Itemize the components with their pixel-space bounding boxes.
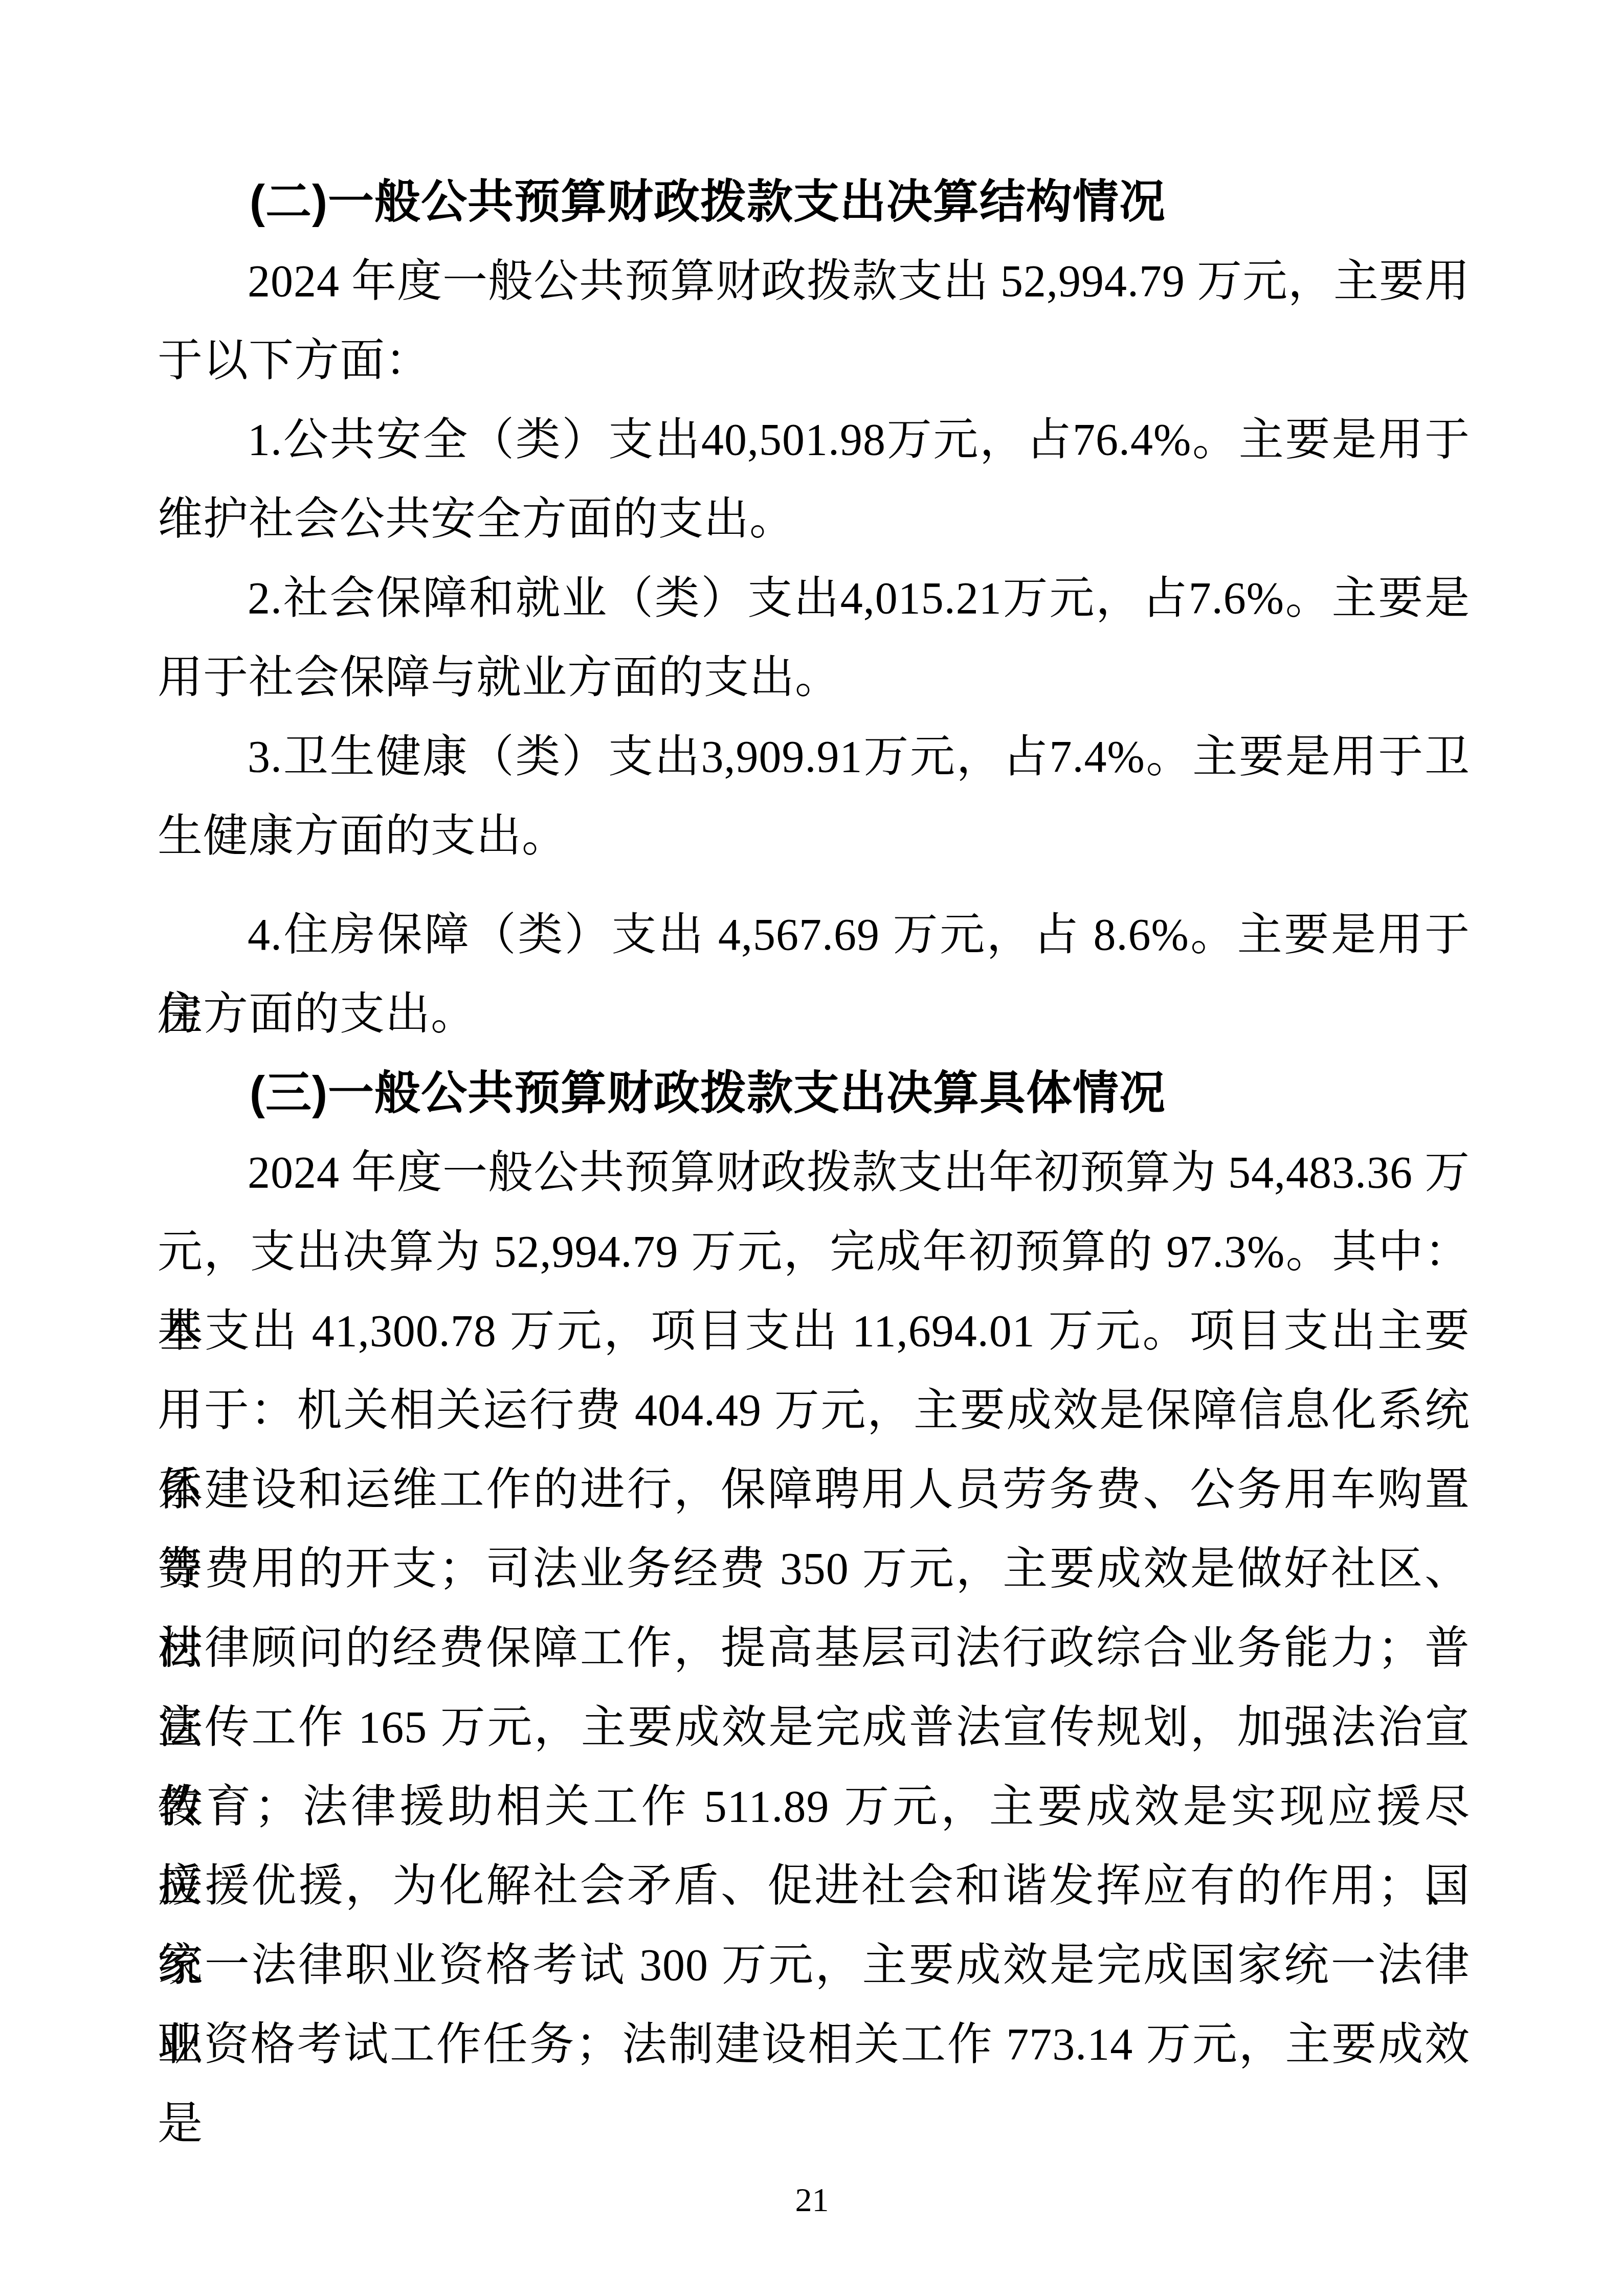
text-line: 本支出 41,300.78 万元，项目支出 11,694.01 万元。项目支出主… xyxy=(158,1292,1470,1371)
text-line: 统一法律职业资格考试 300 万元，主要成效是完成国家统一法律职 xyxy=(158,1926,1470,2005)
text-line: 宣传工作 165 万元，主要成效是完成普法宣传规划，加强法治宣传 xyxy=(158,1688,1470,1767)
text-line: 维护社会公共安全方面的支出。 xyxy=(158,480,1470,559)
text-line: 2.社会保障和就业（类）支出4,015.21万元，占7.6%。主要是 xyxy=(158,559,1470,638)
text-line: 应援优援，为化解社会矛盾、促进社会和谐发挥应有的作用；国家 xyxy=(158,1847,1470,1926)
section-heading: (二)一般公共预算财政拨款支出决算结构情况 xyxy=(158,163,1470,242)
text-line: 4.住房保障（类）支出 4,567.69 万元，占 8.6%。主要是用于住 xyxy=(158,895,1470,975)
text-line: 于以下方面： xyxy=(158,321,1470,400)
text-line: 业资格考试工作任务；法制建设相关工作 773.14 万元，主要成效是 xyxy=(158,2005,1470,2084)
text-line: 2024 年度一般公共预算财政拨款支出 52,994.79 万元，主要用 xyxy=(158,242,1470,321)
text-line: 法律顾问的经费保障工作，提高基层司法行政综合业务能力；普法 xyxy=(158,1609,1470,1688)
text-line: 用于社会保障与就业方面的支出。 xyxy=(158,638,1470,717)
text-line: 生健康方面的支出。 xyxy=(158,797,1470,876)
text-line: 等费用的开支；司法业务经费 350 万元，主要成效是做好社区、村 xyxy=(158,1529,1470,1609)
document-text-block: (二)一般公共预算财政拨款支出决算结构情况 2024 年度一般公共预算财政拨款支… xyxy=(158,163,1470,2084)
text-line: 2024 年度一般公共预算财政拨款支出年初预算为 54,483.36 万 xyxy=(158,1133,1470,1212)
text-line: 用于：机关相关运行费 404.49 万元，主要成效是保障信息化系统体 xyxy=(158,1371,1470,1450)
text-line: 教育；法律援助相关工作 511.89 万元，主要成效是实现应援尽援、 xyxy=(158,1767,1470,1847)
text-line: 房方面的支出。 xyxy=(158,975,1470,1054)
text-line: 系建设和运维工作的进行，保障聘用人员劳务费、公务用车购置费 xyxy=(158,1450,1470,1529)
text-line: 1.公共安全（类）支出40,501.98万元，占76.4%。主要是用于 xyxy=(158,400,1470,480)
page-number: 21 xyxy=(0,2172,1624,2229)
document-page: { "doc": { "lines": [ { "type": "section… xyxy=(0,0,1624,2296)
section-heading: (三)一般公共预算财政拨款支出决算具体情况 xyxy=(158,1054,1470,1133)
text-line: 3.卫生健康（类）支出3,909.91万元，占7.4%。主要是用于卫 xyxy=(158,717,1470,797)
text-line: 元，支出决算为 52,994.79 万元，完成年初预算的 97.3%。其中：基 xyxy=(158,1212,1470,1292)
